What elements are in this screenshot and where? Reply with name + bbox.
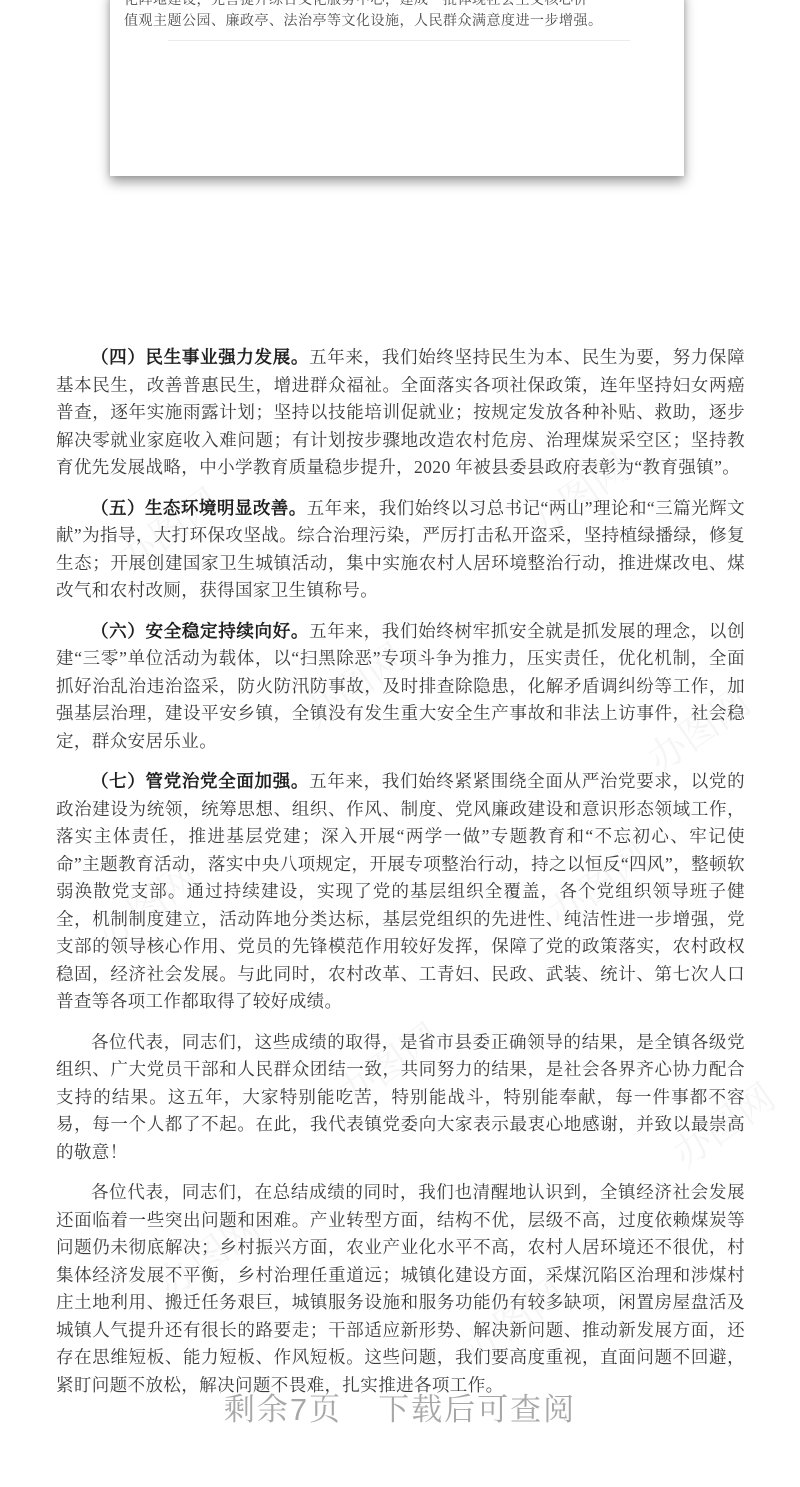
download-hint-text: 下载后可查阅: [378, 1392, 576, 1427]
previous-page-card: 化阵地建设，完善提升综合文化服务中心，建成一批体现社会主义核心价 值观主题公园、…: [110, 0, 684, 176]
clipped-top-line: 化阵地建设，完善提升综合文化服务中心，建成一批体现社会主义核心价: [124, 0, 670, 11]
paragraph-heading: （五）生态环境明显改善。: [91, 498, 307, 518]
page-last-line: 值观主题公园、廉政亭、法治亭等文化设施，人民群众满意度进一步增强。: [124, 11, 670, 32]
document-body: （四）民生事业强力发展。五年来，我们始终坚持民生为本、民生为要，努力保障基本民生…: [56, 344, 745, 1412]
paragraph: （四）民生事业强力发展。五年来，我们始终坚持民生为本、民生为要，努力保障基本民生…: [56, 344, 745, 482]
remaining-pages-count: 剩余7页: [224, 1392, 342, 1427]
paragraph-heading: （四）民生事业强力发展。: [91, 347, 309, 367]
paragraph-heading: （六）安全稳定持续向好。: [91, 621, 309, 641]
paragraph: 各位代表，同志们，在总结成绩的同时，我们也清醒地认识到，全镇经济社会发展还面临着…: [56, 1179, 745, 1399]
paragraph-body: 各位代表，同志们，这些成绩的取得，是省市县委正确领导的结果，是全镇各级党组织、广…: [56, 1032, 745, 1162]
remaining-pages-banner: 剩余7页下载后可查阅: [0, 1384, 800, 1429]
paragraph: （五）生态环境明显改善。五年来，我们始终以习总书记“两山”理论和“三篇光辉文献”…: [56, 495, 745, 605]
paragraph-body: 五年来，我们始终紧紧围绕全面从严治党要求，以党的政治建设为统领，统筹思想、组织、…: [56, 771, 745, 1011]
paragraph: 各位代表，同志们，这些成绩的取得，是省市县委正确领导的结果，是全镇各级党组织、广…: [56, 1029, 745, 1167]
paragraph-body: 各位代表，同志们，在总结成绩的同时，我们也清醒地认识到，全镇经济社会发展还面临着…: [56, 1182, 745, 1395]
paragraph: （七）管党治党全面加强。五年来，我们始终紧紧围绕全面从严治党要求，以党的政治建设…: [56, 768, 745, 1016]
paragraph: （六）安全稳定持续向好。五年来，我们始终树牢抓安全就是抓发展的理念，以创建“三零…: [56, 618, 745, 756]
paragraph-heading: （七）管党治党全面加强。: [91, 771, 309, 791]
document-preview-stage: 办图网办图网办图网办图网办图网办图网办图网办图网办图网办图网 化阵地建设，完善提…: [0, 0, 800, 1487]
section-divider: [168, 40, 630, 41]
